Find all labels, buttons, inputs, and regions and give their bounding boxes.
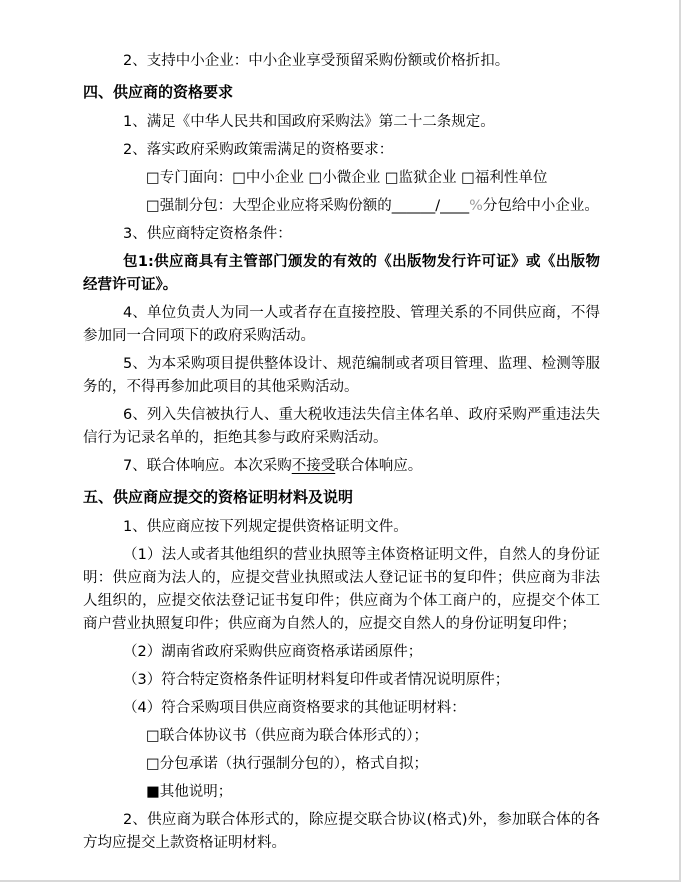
text-segment: % <box>469 198 483 214</box>
text-segment: 1、满足《中华人民共和国政府采购法》第二十二条规定。 <box>123 114 495 130</box>
text-segment: （4）符合采购项目供应商资格要求的其他证明材料： <box>123 700 466 716</box>
para-4-5-design-services: 5、为本采购项目提供整体设计、规范编制或者项目管理、监理、检测等服务的，不得再参… <box>83 353 600 399</box>
text-segment: 不接受 <box>292 458 336 474</box>
checkbox-line-consortium-agreement: □联合体协议书（供应商为联合体形式的）； <box>146 725 600 748</box>
text-segment: 小微企业 <box>322 170 385 186</box>
para-5-1-3-specific-proof: （3）符合特定资格条件证明材料复印件或者情况说明原件； <box>83 669 600 692</box>
text-segment: 6、列入失信被执行人、重大税收违法失信主体名单、政府采购严重违法失信行为记录名单… <box>83 407 600 446</box>
checkbox-empty-icon: □ <box>232 170 246 186</box>
para-5-1-4-other-proof: （4）符合采购项目供应商资格要求的其他证明材料： <box>83 697 600 720</box>
para-4-4-same-person: 4、单位负责人为同一人或者存在直接控股、管理关系的不同供应商，不得参加同一合同项… <box>83 302 600 348</box>
text-segment: 7、联合体响应。本次采购 <box>123 458 292 474</box>
checkbox-empty-icon: □ <box>146 198 160 214</box>
checkbox-filled-icon: ■ <box>146 784 160 800</box>
document-content: 2、支持中小企业：中小企业享受预留采购份额或价格折扣。四、供应商的资格要求1、满… <box>83 50 600 860</box>
para-4-1-law-article-22: 1、满足《中华人民共和国政府采购法》第二十二条规定。 <box>83 111 600 134</box>
text-segment: 2、落实政府采购政策需满足的资格要求： <box>123 142 393 158</box>
checkbox-empty-icon: □ <box>461 170 475 186</box>
para-4-7-consortium: 7、联合体响应。本次采购不接受联合体响应。 <box>83 455 600 478</box>
para-5-1-1-business-license: （1）法人或者其他组织的营业执照等主体资格证明文件，自然人的身份证明：供应商为法… <box>83 544 600 636</box>
para-4-3-specific-qualification: 3、供应商特定资格条件： <box>83 223 600 246</box>
para-5-2-consortium-form: 2、供应商为联合体形式的，除应提交联合协议(格式)外，参加联合体的各方均应提交上… <box>83 809 600 855</box>
text-segment: 2、支持中小企业：中小企业享受预留采购份额或价格折扣。 <box>123 53 509 69</box>
document-page: 2、支持中小企业：中小企业享受预留采购份额或价格折扣。四、供应商的资格要求1、满… <box>0 0 681 882</box>
para-support-sme: 2、支持中小企业：中小企业享受预留采购份额或价格折扣。 <box>83 50 600 73</box>
checkbox-empty-icon: □ <box>146 728 160 744</box>
heading-section-4-supplier-qualification: 四、供应商的资格要求 <box>83 81 600 104</box>
text-segment: 其他说明； <box>160 784 233 800</box>
text-segment: 3、供应商特定资格条件： <box>123 226 292 242</box>
para-5-1-provide-documents: 1、供应商应按下列规定提供资格证明文件。 <box>83 516 600 539</box>
para-4-2-policy-requirements: 2、落实政府采购政策需满足的资格要求： <box>83 139 600 162</box>
text-segment: 分包给中小企业。 <box>483 198 599 214</box>
para-4-6-dishonesty-list: 6、列入失信被执行人、重大税收违法失信主体名单、政府采购严重违法失信行为记录名单… <box>83 404 600 450</box>
checkbox-empty-icon: □ <box>146 170 160 186</box>
text-segment: 强制分包：大型企业应将采购份额的 <box>160 198 392 214</box>
text-segment: 4、单位负责人为同一人或者存在直接控股、管理关系的不同供应商，不得参加同一合同项… <box>83 305 600 344</box>
text-segment: 2、供应商为联合体形式的，除应提交联合协议(格式)外，参加联合体的各方均应提交上… <box>83 812 600 851</box>
text-segment: （3）符合特定资格条件证明材料复印件或者情况说明原件； <box>123 672 509 688</box>
text-segment: ____ <box>440 198 469 214</box>
para-package-1-license: 包1:供应商具有主管部门颁发的有效的《出版物发行许可证》或《出版物经营许可证》。 <box>83 251 600 297</box>
text-segment: （1）法人或者其他组织的营业执照等主体资格证明文件，自然人的身份证明：供应商为法… <box>83 547 600 632</box>
checkbox-line-mandatory-subcontract: □强制分包：大型企业应将采购份额的______/____%分包给中小企业。 <box>146 195 600 218</box>
text-segment: 包1:供应商具有主管部门颁发的有效的《出版物发行许可证》或《出版物经营许可证》。 <box>83 254 600 293</box>
para-5-1-2-commitment-letter: （2）湖南省政府采购供应商资格承诺函原件； <box>83 641 600 664</box>
text-segment: 联合体协议书（供应商为联合体形式的）； <box>160 728 428 744</box>
text-segment: 监狱企业 <box>399 170 462 186</box>
text-segment: ______ <box>392 198 436 214</box>
text-segment: 福利性单位 <box>475 170 548 186</box>
checkbox-empty-icon: □ <box>385 170 399 186</box>
text-segment: 专门面向： <box>160 170 233 186</box>
text-segment: 5、为本采购项目提供整体设计、规范编制或者项目管理、监理、检测等服务的，不得再参… <box>83 356 600 395</box>
checkbox-line-other-notes: ■其他说明； <box>146 781 600 804</box>
text-segment: 五、供应商应提交的资格证明材料及说明 <box>83 488 353 506</box>
text-segment: 分包承诺（执行强制分包的），格式自拟； <box>160 756 428 772</box>
text-segment: 中小企业 <box>246 170 309 186</box>
text-segment: 联合体响应。 <box>335 458 422 474</box>
text-segment: （2）湖南省政府采购供应商资格承诺函原件； <box>123 644 422 660</box>
text-segment: 1、供应商应按下列规定提供资格证明文件。 <box>123 519 408 535</box>
text-segment: 四、供应商的资格要求 <box>83 83 233 101</box>
checkbox-line-subcontract-commitment: □分包承诺（执行强制分包的），格式自拟； <box>146 753 600 776</box>
checkbox-line-dedicated: □专门面向：□中小企业 □小微企业 □监狱企业 □福利性单位 <box>146 167 600 190</box>
checkbox-empty-icon: □ <box>146 756 160 772</box>
checkbox-empty-icon: □ <box>309 170 323 186</box>
heading-section-5-certification-materials: 五、供应商应提交的资格证明材料及说明 <box>83 486 600 509</box>
